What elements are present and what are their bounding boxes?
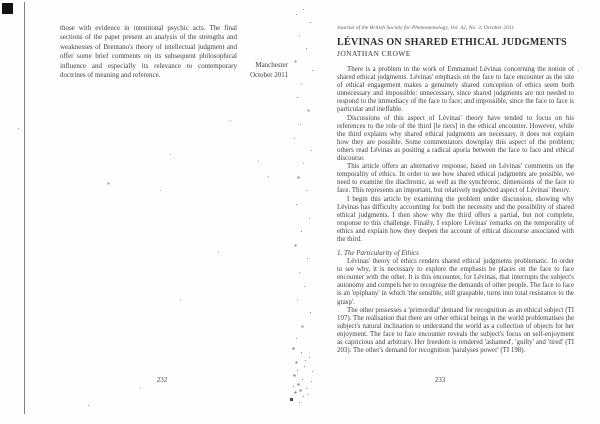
body-paragraph: There is a problem in the work of Emmanu… [337,66,574,115]
article-body: There is a problem in the work of Emmanu… [337,66,574,355]
right-page-number: 233 [418,376,462,384]
scan-corner-artifact [2,3,13,14]
body-paragraph: Lévinas' theory of ethics renders shared… [337,258,574,307]
signoff-block: Manchester October 2011 [190,61,288,80]
left-page-number: 232 [140,376,184,384]
body-paragraph: This article offers an alternative respo… [337,163,574,195]
scan-noise-speckles [0,0,1,1]
signoff-date: October 2011 [190,71,288,81]
body-paragraph: I begin this article by examining the pr… [337,196,574,245]
article-title: LÉVINAS ON SHARED ETHICAL JUDGMENTS [337,37,574,48]
journal-running-header: Journal of the British Society for Pheno… [337,25,574,31]
signoff-place: Manchester [190,61,288,71]
right-page: Journal of the British Society for Pheno… [337,25,574,355]
section-heading: 1. The Particularity of Ethics [337,249,574,257]
article-author: JONATHAN CROWE [337,49,574,58]
body-paragraph: Discussions of this aspect of Lévinas' t… [337,115,574,164]
scanned-book-spread: those with evidence in intentional psych… [0,0,600,424]
page-edge-line [24,2,25,414]
body-paragraph: The other possesses a 'primordial' deman… [337,307,574,356]
